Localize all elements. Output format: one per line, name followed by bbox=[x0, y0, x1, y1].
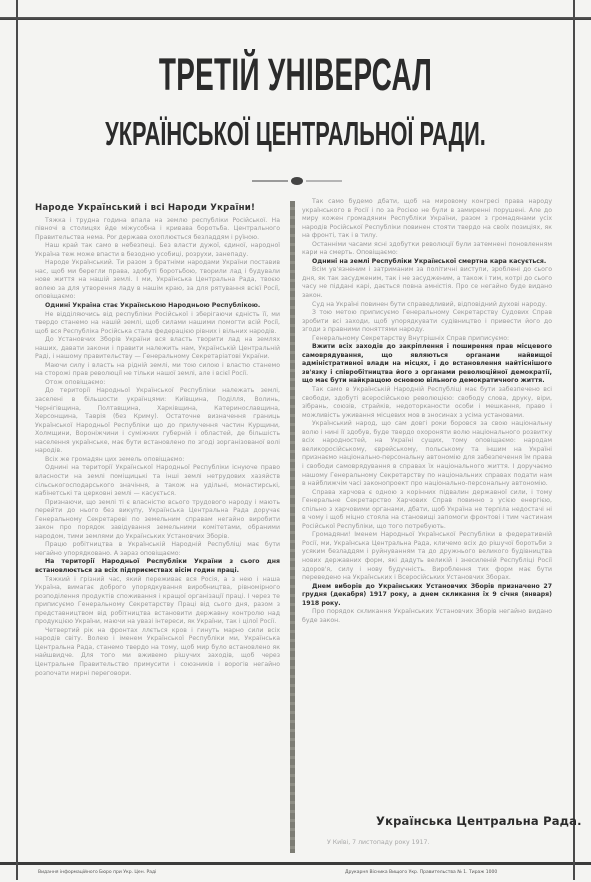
paragraph: З тою метою приписуємо Генеральному Секр… bbox=[302, 309, 552, 335]
paragraph: Громадяни! Іменем Народньої Української … bbox=[302, 531, 552, 582]
paragraph: Вжити всіх заходів до закріплення і поши… bbox=[302, 343, 552, 386]
paragraph: Тяжкий і грізний час, який переживає вся… bbox=[35, 576, 280, 627]
paragraph: Український народ, що сам довгі роки бор… bbox=[302, 420, 552, 488]
paragraph: Так само в Українській Народній Республі… bbox=[302, 386, 552, 420]
frame-tick bbox=[573, 866, 575, 880]
paragraph: Суд на Україні повинен бути справедливий… bbox=[302, 301, 552, 310]
paragraph: Четвертий рік на фронтах ллється кров і … bbox=[35, 627, 280, 678]
paragraph: На території Народньої Республіки Україн… bbox=[35, 558, 280, 575]
paragraph: Признаючи, що землі ті є власністю всьог… bbox=[35, 499, 280, 542]
paragraph: Не відділяючись від республіки Російсько… bbox=[35, 311, 280, 337]
frame-top-rule bbox=[0, 17, 591, 20]
frame-tick bbox=[16, 866, 18, 880]
frame-tick bbox=[16, 0, 18, 14]
paragraph: Всім ув'язненим і затриманим за політичн… bbox=[302, 266, 552, 300]
footer-printer: Друкарня Вісника Вищого Укр. Правительст… bbox=[345, 870, 497, 875]
document-title: ТРЕТІЙ УНІВЕРСАЛ bbox=[112, 52, 478, 97]
paragraph: Наш край так само в небезпеці. Без власт… bbox=[35, 242, 280, 259]
column-divider bbox=[290, 201, 295, 853]
document-subtitle: УКРАЇНСЬКОЇ ЦЕНТРАЛЬНОЇ РАДИ. bbox=[100, 117, 490, 150]
paragraph: До території Народньої Української Респу… bbox=[35, 387, 280, 455]
ornament-divider-icon bbox=[252, 177, 342, 185]
paragraph: Однині на території Української Народньо… bbox=[35, 464, 280, 498]
frame-bottom-rule bbox=[0, 862, 591, 865]
left-column-heading: Народе Український і всі Народи України! bbox=[35, 204, 280, 213]
paragraph: Так само будемо дбати, щоб на мировому к… bbox=[302, 198, 552, 241]
right-column: Так само будемо дбати, щоб на мировому к… bbox=[302, 198, 552, 625]
paragraph: Про порядок скликання Українських Устано… bbox=[302, 608, 552, 625]
paragraph: Останніми часами ясні здобутки революції… bbox=[302, 241, 552, 258]
place-date: У Київі, 7 листопаду року 1917. bbox=[327, 839, 429, 846]
paragraph: Однині Україна стає Українською Народньо… bbox=[35, 302, 280, 311]
footer-publisher: Видання інформаційного Бюро при Укр. Цен… bbox=[38, 870, 156, 875]
frame-left-rule bbox=[16, 2, 18, 880]
paragraph: Справа харчова є одною з корінних підвал… bbox=[302, 489, 552, 532]
paragraph: Маючи силу і власть на рідній землі, ми … bbox=[35, 362, 280, 379]
paragraph: Генеральному Секретарству Внутрішніх Спр… bbox=[302, 335, 552, 344]
left-column: Народе Український і всі Народи України!… bbox=[35, 204, 280, 678]
paragraph: До Установчих Зборів України вся власть … bbox=[35, 336, 280, 362]
paragraph: Тяжка і трудна година впала на землю рес… bbox=[35, 217, 280, 243]
paragraph: Працю робітництва в Українській Народній… bbox=[35, 541, 280, 558]
frame-right-rule bbox=[573, 2, 575, 880]
paragraph: Народе Український. Ти разом з братніми … bbox=[35, 259, 280, 302]
frame-tick bbox=[573, 0, 575, 14]
signature: Українська Центральна Рада. bbox=[376, 814, 582, 828]
paragraph: Днем виборів до Українських Установчих З… bbox=[302, 583, 552, 609]
